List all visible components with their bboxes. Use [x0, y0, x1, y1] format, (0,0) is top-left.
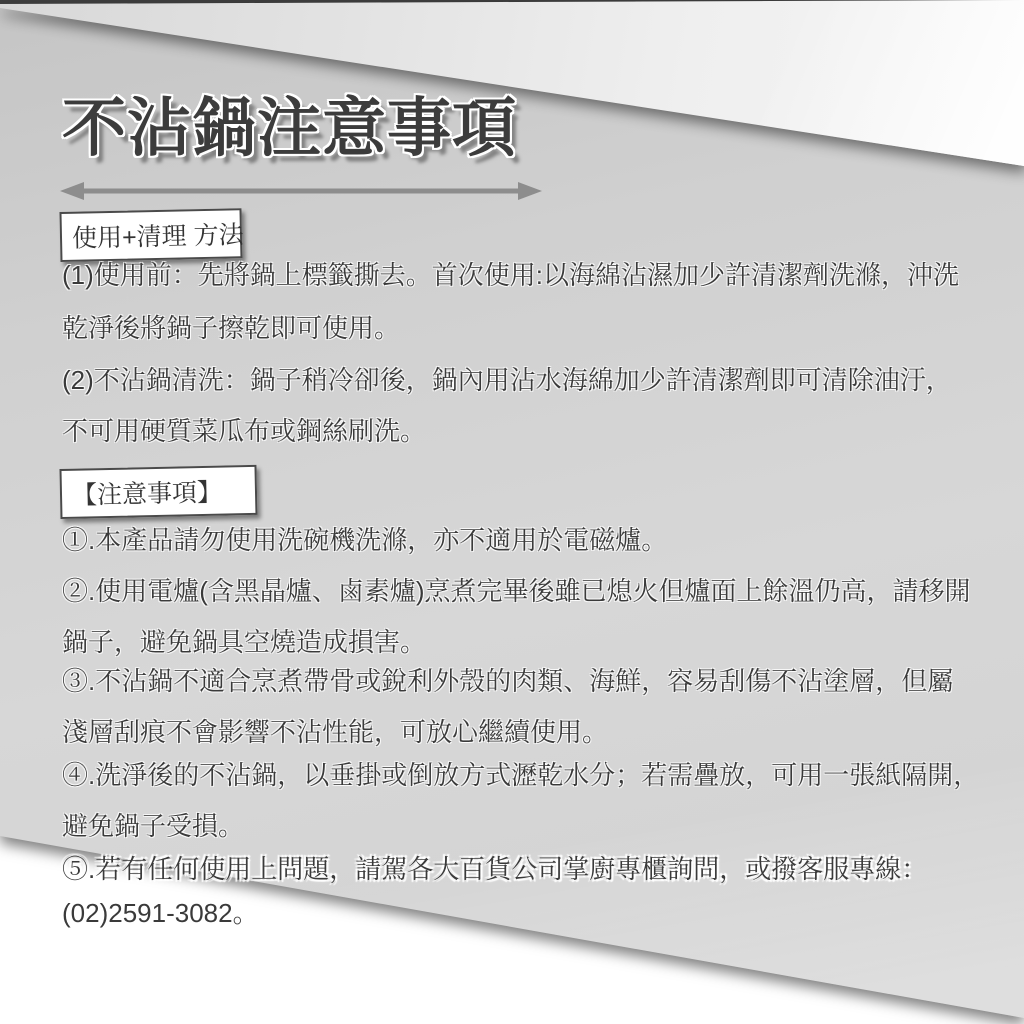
page: 不沾鍋注意事項 使用+清理 方法 (1)使用前：先將鍋上標籤撕去。首次使用:以海…: [0, 0, 1024, 1024]
text-line: ④.洗淨後的不沾鍋，以垂掛或倒放方式瀝乾水分；若需疊放，可用一張紙隔開，: [62, 757, 979, 793]
text-line: ②.使用電爐(含黑晶爐、鹵素爐)烹煮完畢後雖已熄火但爐面上餘溫仍高，請移開: [62, 573, 971, 609]
text-line: 不可用硬質菜瓜布或鋼絲刷洗。: [62, 413, 426, 449]
notice-section-label: 【注意事項】: [59, 465, 257, 519]
content-area: 不沾鍋注意事項 使用+清理 方法 (1)使用前：先將鍋上標籤撕去。首次使用:以海…: [0, 0, 1024, 1024]
text-line: 乾淨後將鍋子擦乾即可使用。: [62, 310, 400, 346]
text-line: (1)使用前：先將鍋上標籤撕去。首次使用:以海綿沾濕加少許清潔劑洗滌，沖洗: [62, 257, 959, 293]
text-line: ③.不沾鍋不適合烹煮帶骨或銳利外殼的肉類、海鮮，容易刮傷不沾塗層，但屬: [62, 663, 953, 699]
page-title: 不沾鍋注意事項: [62, 92, 517, 166]
text-line: (2)不沾鍋清洗：鍋子稍冷卻後，鍋內用沾水海綿加少許清潔劑即可清除油汙，: [62, 362, 952, 398]
text-line: ⑤.若有任何使用上問題，請駕各大百貨公司掌廚專櫃詢問，或撥客服專線：: [62, 851, 927, 887]
text-line: 鍋子，避免鍋具空燒造成損害。: [62, 624, 426, 660]
usage-section-label: 使用+清理 方法: [59, 208, 242, 262]
text-line: ①.本產品請勿使用洗碗機洗滌，亦不適用於電磁爐。: [62, 522, 667, 558]
contact-phone-line: (02)2591-3082。: [62, 895, 259, 931]
double-arrow-icon: [60, 179, 542, 203]
text-line: 淺層刮痕不會影響不沾性能，可放心繼續使用。: [62, 714, 608, 750]
text-line: 避免鍋子受損。: [62, 808, 244, 844]
